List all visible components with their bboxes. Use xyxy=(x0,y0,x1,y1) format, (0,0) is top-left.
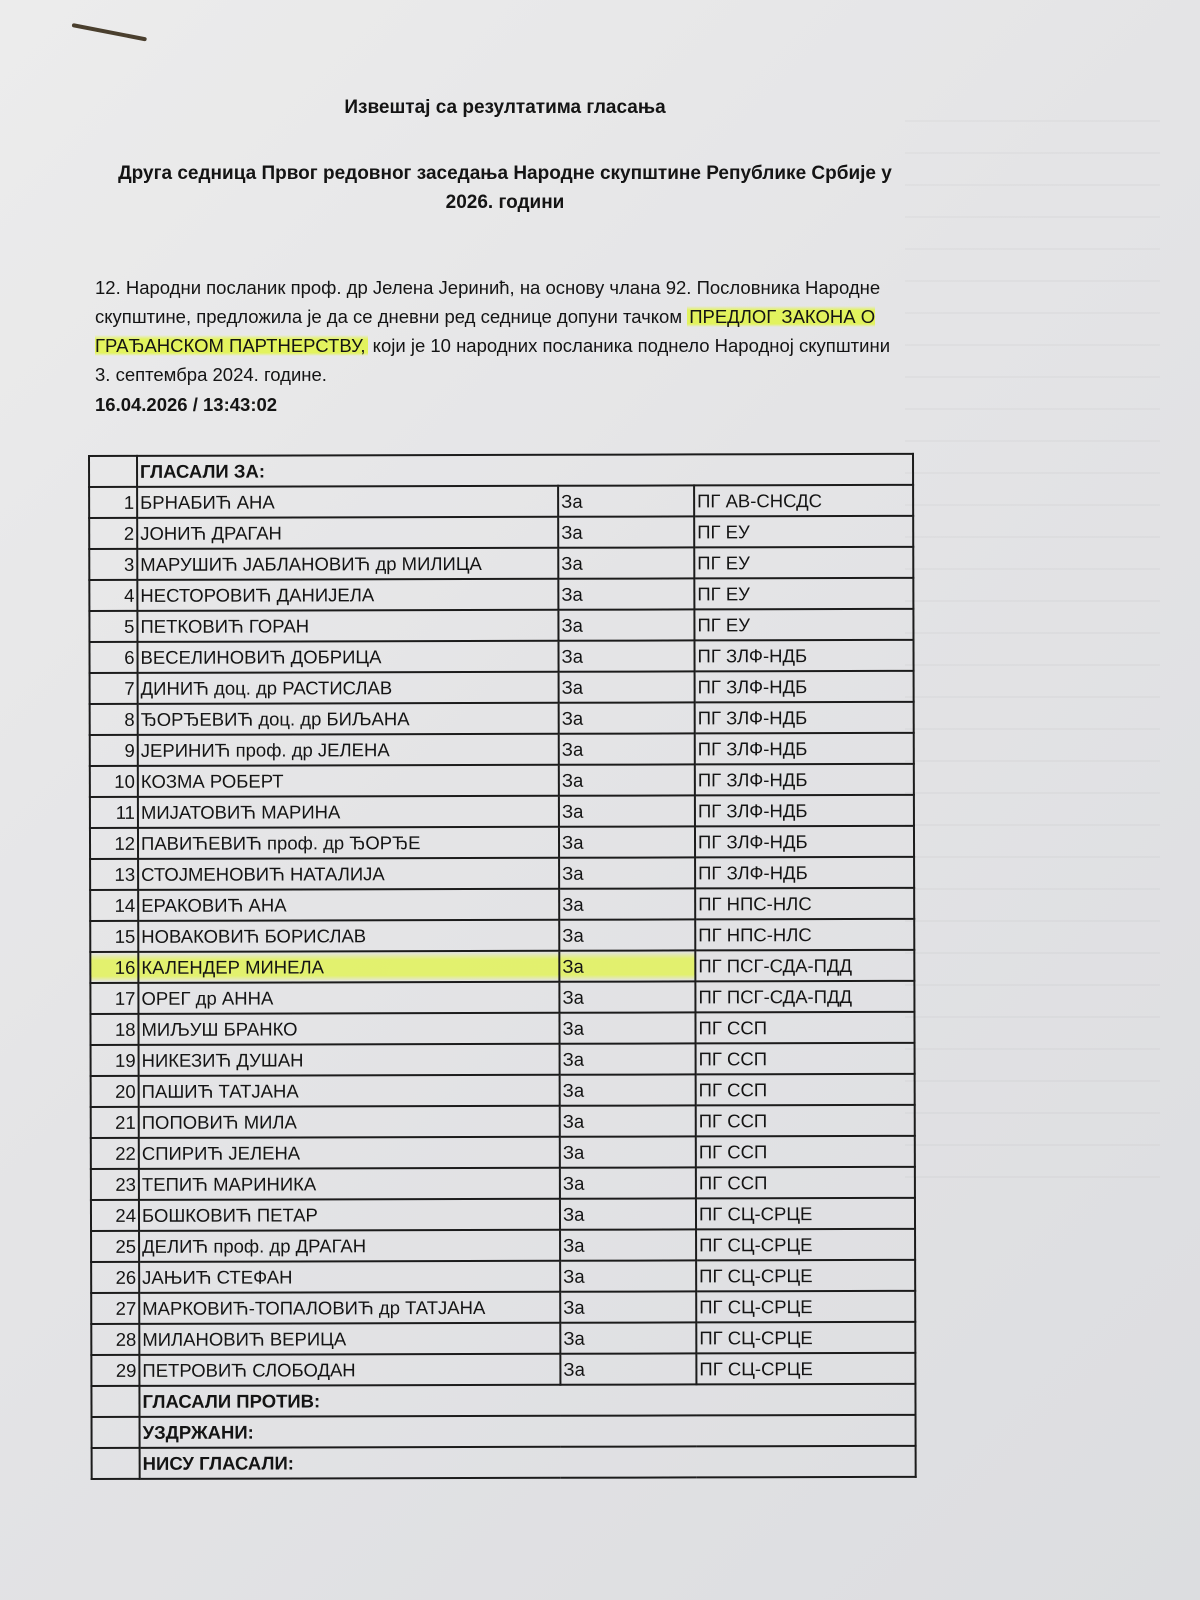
deputy-name: ПЕТКОВИЋ ГОРАН xyxy=(137,610,558,642)
parliamentary-group: ПГ ЗЛФ-НДБ xyxy=(695,671,914,703)
row-number: 14 xyxy=(90,890,138,921)
vote-value: За xyxy=(560,1353,696,1384)
table-row: 18МИЉУШ БРАНКОЗаПГ ССП xyxy=(90,1012,914,1045)
row-number: 27 xyxy=(91,1293,139,1324)
vote-value: За xyxy=(559,795,695,826)
section-against-label: ГЛАСАЛИ ПРОТИВ: xyxy=(139,1384,915,1417)
parliamentary-group: ПГ ССП xyxy=(696,1136,915,1168)
row-number: 4 xyxy=(89,580,137,611)
row-number: 29 xyxy=(91,1355,139,1386)
deputy-name: ЈАЊИЋ СТЕФАН xyxy=(139,1261,560,1293)
parliamentary-group: ПГ АВ-СНСДС xyxy=(694,485,913,517)
deputy-name: ЈЕРИНИЋ проф. др ЈЕЛЕНА xyxy=(138,734,559,766)
row-number: 16 xyxy=(90,952,138,983)
vote-value: За xyxy=(560,1291,696,1322)
vote-results-table: ГЛАСАЛИ ЗА: 1БРНАБИЋ АНАЗаПГ АВ-СНСДС2ЈО… xyxy=(88,453,917,1480)
row-number: 25 xyxy=(91,1231,139,1262)
deputy-name: ДЕЛИЋ проф. др ДРАГАН xyxy=(139,1230,560,1262)
deputy-name: ВЕСЕЛИНОВИЋ ДОБРИЦА xyxy=(137,641,558,673)
deputy-name: СПИРИЋ ЈЕЛЕНА xyxy=(139,1137,560,1169)
parliamentary-group: ПГ ССП xyxy=(696,1105,915,1137)
deputy-name: ПАВИЋЕВИЋ проф. др ЂОРЂЕ xyxy=(138,827,559,859)
table-row: 4НЕСТОРОВИЋ ДАНИЈЕЛАЗаПГ ЕУ xyxy=(89,578,913,611)
deputy-name: МАРУШИЋ ЈАБЛАНОВИЋ др МИЛИЦА xyxy=(137,548,558,580)
deputy-name: МИЉУШ БРАНКО xyxy=(138,1013,559,1045)
table-row: 2ЈОНИЋ ДРАГАНЗаПГ ЕУ xyxy=(89,516,913,549)
deputy-name: НИКЕЗИЋ ДУШАН xyxy=(139,1044,560,1076)
section-not-voted-row: НИСУ ГЛАСАЛИ: xyxy=(92,1446,916,1479)
deputy-name: ПАШИЋ ТАТЈАНА xyxy=(139,1075,560,1107)
section-for-row: ГЛАСАЛИ ЗА: xyxy=(89,454,913,487)
parliamentary-group: ПГ СЦ-СРЦЕ xyxy=(696,1291,915,1323)
table-row: 7ДИНИЋ доц. др РАСТИСЛАВЗаПГ ЗЛФ-НДБ xyxy=(90,671,914,704)
vote-value: За xyxy=(558,547,694,578)
vote-value: За xyxy=(559,671,695,702)
row-number: 7 xyxy=(90,673,138,704)
parliamentary-group: ПГ СЦ-СРЦЕ xyxy=(696,1353,915,1385)
row-number: 6 xyxy=(89,642,137,673)
vote-value: За xyxy=(559,888,695,919)
row-number: 13 xyxy=(90,859,138,890)
table-row: 19НИКЕЗИЋ ДУШАНЗаПГ ССП xyxy=(91,1043,915,1076)
show-through-background xyxy=(905,90,1160,1190)
vote-timestamp: 16.04.2026 / 13:43:02 xyxy=(95,394,277,416)
vote-value: За xyxy=(560,1198,696,1229)
parliamentary-group: ПГ НПС-НЛС xyxy=(695,888,914,920)
vote-value: За xyxy=(560,1229,696,1260)
vote-value: За xyxy=(560,1260,696,1291)
table-row: 27МАРКОВИЋ-ТОПАЛОВИЋ др ТАТЈАНАЗаПГ СЦ-С… xyxy=(91,1291,915,1324)
row-number: 9 xyxy=(90,735,138,766)
deputy-name: ЕРАКОВИЋ АНА xyxy=(138,889,559,921)
row-number: 12 xyxy=(90,828,138,859)
deputy-name: МАРКОВИЋ-ТОПАЛОВИЋ др ТАТЈАНА xyxy=(139,1292,560,1324)
section-abstained-label: УЗДРЖАНИ: xyxy=(140,1415,916,1448)
vote-value: За xyxy=(559,1012,695,1043)
vote-value: За xyxy=(558,485,694,516)
vote-value: За xyxy=(559,950,695,981)
parliamentary-group: ПГ СЦ-СРЦЕ xyxy=(696,1322,915,1354)
row-number: 2 xyxy=(89,518,137,549)
vote-value: За xyxy=(558,516,694,547)
deputy-name: ТЕПИЋ МАРИНИКА xyxy=(139,1168,560,1200)
parliamentary-group: ПГ ПСГ-СДА-ПДД xyxy=(695,981,914,1013)
table-row: 22СПИРИЋ ЈЕЛЕНАЗаПГ ССП xyxy=(91,1136,915,1169)
parliamentary-group: ПГ НПС-НЛС xyxy=(695,919,914,951)
vote-value: За xyxy=(560,1322,696,1353)
table-row: 26ЈАЊИЋ СТЕФАНЗаПГ СЦ-СРЦЕ xyxy=(91,1260,915,1293)
deputy-name: МИЈАТОВИЋ МАРИНА xyxy=(138,796,559,828)
parliamentary-group: ПГ ССП xyxy=(696,1167,915,1199)
vote-value: За xyxy=(558,609,694,640)
table-row: 25ДЕЛИЋ проф. др ДРАГАНЗаПГ СЦ-СРЦЕ xyxy=(91,1229,915,1262)
table-row: 10КОЗМА РОБЕРТЗаПГ ЗЛФ-НДБ xyxy=(90,764,914,797)
parliamentary-group: ПГ ЗЛФ-НДБ xyxy=(695,795,914,827)
table-row: 13СТОЈМЕНОВИЋ НАТАЛИЈАЗаПГ ЗЛФ-НДБ xyxy=(90,857,914,890)
table-row: 11МИЈАТОВИЋ МАРИНАЗаПГ ЗЛФ-НДБ xyxy=(90,795,914,828)
vote-value: За xyxy=(559,919,695,950)
table-row: 12ПАВИЋЕВИЋ проф. др ЂОРЂЕЗаПГ ЗЛФ-НДБ xyxy=(90,826,914,859)
parliamentary-group: ПГ ЗЛФ-НДБ xyxy=(694,640,913,672)
table-row: 8ЂОРЂЕВИЋ доц. др БИЉАНАЗаПГ ЗЛФ-НДБ xyxy=(90,702,914,735)
deputy-name: ДИНИЋ доц. др РАСТИСЛАВ xyxy=(138,672,559,704)
parliamentary-group: ПГ ССП xyxy=(696,1074,915,1106)
table-row: 20ПАШИЋ ТАТЈАНАЗаПГ ССП xyxy=(91,1074,915,1107)
deputy-name: НЕСТОРОВИЋ ДАНИЈЕЛА xyxy=(137,579,558,611)
parliamentary-group: ПГ ЕУ xyxy=(694,578,913,610)
table-row: 3МАРУШИЋ ЈАБЛАНОВИЋ др МИЛИЦАЗаПГ ЕУ xyxy=(89,547,913,580)
row-number: 15 xyxy=(90,921,138,952)
table-row: 6ВЕСЕЛИНОВИЋ ДОБРИЦАЗаПГ ЗЛФ-НДБ xyxy=(89,640,913,673)
vote-value: За xyxy=(559,826,695,857)
parliamentary-group: ПГ ССП xyxy=(695,1012,914,1044)
table-row: 29ПЕТРОВИЋ СЛОБОДАНЗаПГ СЦ-СРЦЕ xyxy=(91,1353,915,1386)
vote-value: За xyxy=(559,857,695,888)
table-row: 17ОРЕГ др АННАЗаПГ ПСГ-СДА-ПДД xyxy=(90,981,914,1014)
vote-value: За xyxy=(560,1043,696,1074)
vote-value: За xyxy=(560,1167,696,1198)
deputy-name: ЂОРЂЕВИЋ доц. др БИЉАНА xyxy=(138,703,559,735)
pen-mark xyxy=(72,23,147,41)
parliamentary-group: ПГ ЕУ xyxy=(694,547,913,579)
parliamentary-group: ПГ ЕУ xyxy=(694,516,913,548)
deputy-name: МИЛАНОВИЋ ВЕРИЦА xyxy=(139,1323,560,1355)
parliamentary-group: ПГ ЕУ xyxy=(694,609,913,641)
deputy-name: КОЗМА РОБЕРТ xyxy=(138,765,559,797)
vote-value: За xyxy=(559,981,695,1012)
section-abstained-row: УЗДРЖАНИ: xyxy=(92,1415,916,1448)
table-row: 14ЕРАКОВИЋ АНАЗаПГ НПС-НЛС xyxy=(90,888,914,921)
report-title: Извештај са резултатима гласања xyxy=(0,97,1010,119)
table-row: 21ПОПОВИЋ МИЛАЗаПГ ССП xyxy=(91,1105,915,1138)
parliamentary-group: ПГ ЗЛФ-НДБ xyxy=(695,764,914,796)
vote-value: За xyxy=(560,1136,696,1167)
parliamentary-group: ПГ СЦ-СРЦЕ xyxy=(696,1229,915,1261)
row-number: 23 xyxy=(91,1169,139,1200)
parliamentary-group: ПГ ЗЛФ-НДБ xyxy=(695,702,914,734)
deputy-name: ЈОНИЋ ДРАГАН xyxy=(137,517,558,549)
table-row: 5ПЕТКОВИЋ ГОРАНЗаПГ ЕУ xyxy=(89,609,913,642)
deputy-name: ПЕТРОВИЋ СЛОБОДАН xyxy=(139,1354,560,1386)
row-number: 22 xyxy=(91,1138,139,1169)
session-subtitle: Друга седница Првог редовног заседања На… xyxy=(100,159,910,217)
parliamentary-group: ПГ СЦ-СРЦЕ xyxy=(696,1198,915,1230)
parliamentary-group: ПГ ССП xyxy=(696,1043,915,1075)
deputy-name: БОШКОВИЋ ПЕТАР xyxy=(139,1199,560,1231)
vote-value: За xyxy=(558,578,694,609)
row-number: 1 xyxy=(89,487,137,518)
agenda-item-text: 12. Народни посланик проф. др Јелена Јер… xyxy=(95,273,895,389)
vote-value: За xyxy=(558,640,694,671)
row-number: 26 xyxy=(91,1262,139,1293)
deputy-name: СТОЈМЕНОВИЋ НАТАЛИЈА xyxy=(138,858,559,890)
row-number: 28 xyxy=(91,1324,139,1355)
deputy-name: ОРЕГ др АННА xyxy=(138,982,559,1014)
parliamentary-group: ПГ ЗЛФ-НДБ xyxy=(695,826,914,858)
table-row: 28МИЛАНОВИЋ ВЕРИЦАЗаПГ СЦ-СРЦЕ xyxy=(91,1322,915,1355)
table-row: 23ТЕПИЋ МАРИНИКАЗаПГ ССП xyxy=(91,1167,915,1200)
row-number: 11 xyxy=(90,797,138,828)
section-against-row: ГЛАСАЛИ ПРОТИВ: xyxy=(91,1384,915,1417)
vote-value: За xyxy=(560,1105,696,1136)
table-row: 1БРНАБИЋ АНАЗаПГ АВ-СНСДС xyxy=(89,485,913,518)
row-number: 20 xyxy=(91,1076,139,1107)
row-number: 3 xyxy=(89,549,137,580)
deputy-name: НОВАКОВИЋ БОРИСЛАВ xyxy=(138,920,559,952)
deputy-name: БРНАБИЋ АНА xyxy=(137,486,558,518)
row-number: 19 xyxy=(91,1045,139,1076)
vote-value: За xyxy=(560,1074,696,1105)
deputy-name: КАЛЕНДЕР МИНЕЛА xyxy=(138,951,559,983)
row-number: 18 xyxy=(90,1014,138,1045)
row-number: 17 xyxy=(90,983,138,1014)
table-row: 15НОВАКОВИЋ БОРИСЛАВЗаПГ НПС-НЛС xyxy=(90,919,914,952)
parliamentary-group: ПГ СЦ-СРЦЕ xyxy=(696,1260,915,1292)
parliamentary-group: ПГ ЗЛФ-НДБ xyxy=(695,857,914,889)
row-number: 8 xyxy=(90,704,138,735)
row-number: 24 xyxy=(91,1200,139,1231)
deputy-name: ПОПОВИЋ МИЛА xyxy=(139,1106,560,1138)
vote-value: За xyxy=(559,702,695,733)
row-number: 10 xyxy=(90,766,138,797)
parliamentary-group: ПГ ПСГ-СДА-ПДД xyxy=(695,950,914,982)
table-row: 24БОШКОВИЋ ПЕТАРЗаПГ СЦ-СРЦЕ xyxy=(91,1198,915,1231)
table-row: 16КАЛЕНДЕР МИНЕЛАЗаПГ ПСГ-СДА-ПДД xyxy=(90,950,914,983)
vote-value: За xyxy=(559,733,695,764)
row-number: 5 xyxy=(89,611,137,642)
vote-value: За xyxy=(559,764,695,795)
section-for-label: ГЛАСАЛИ ЗА: xyxy=(137,454,913,487)
row-number: 21 xyxy=(91,1107,139,1138)
section-not-voted-label: НИСУ ГЛАСАЛИ: xyxy=(140,1446,916,1479)
table-row: 9ЈЕРИНИЋ проф. др ЈЕЛЕНАЗаПГ ЗЛФ-НДБ xyxy=(90,733,914,766)
parliamentary-group: ПГ ЗЛФ-НДБ xyxy=(695,733,914,765)
